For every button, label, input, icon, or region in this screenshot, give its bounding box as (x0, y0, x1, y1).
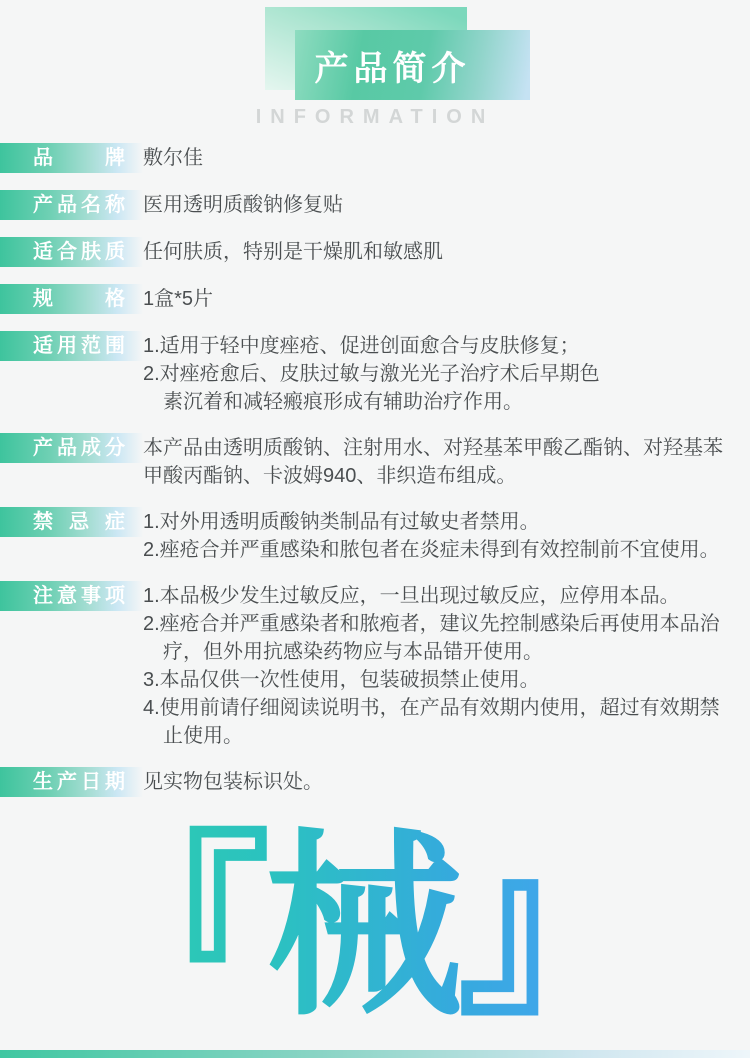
spec-label: 禁忌症 (33, 511, 125, 533)
spec-row-production-date: 生产日期 见实物包装标识处。 (0, 767, 750, 797)
spec-label: 适合肤质 (33, 241, 125, 263)
spec-value: 敷尔佳 (143, 143, 750, 172)
spec-label-badge: 适用范围 (0, 331, 143, 361)
spec-label: 规格 (33, 288, 125, 310)
spec-label-badge: 产品名称 (0, 190, 143, 220)
spec-value: 1.本品极少发生过敏反应，一旦出现过敏反应，应停用本品。 2.痤疮合并严重感染者… (143, 581, 750, 750)
spec-row-brand: 品牌 敷尔佳 (0, 143, 750, 173)
spec-value: 1盒*5片 (143, 284, 750, 313)
spec-value: 医用透明质酸钠修复贴 (143, 190, 750, 219)
spec-label: 品牌 (33, 147, 125, 169)
spec-label: 产品成分 (33, 437, 125, 459)
spec-value: 见实物包装标识处。 (143, 767, 750, 796)
header-subtitle: INFORMATION (0, 106, 750, 129)
spec-label: 适用范围 (33, 335, 125, 357)
spec-label-badge: 适合肤质 (0, 237, 143, 267)
spec-row-precautions: 注意事项 1.本品极少发生过敏反应，一旦出现过敏反应，应停用本品。 2.痤疮合并… (0, 581, 750, 750)
page-title: 产品简介 (315, 41, 471, 90)
product-info-page: 产品简介 INFORMATION 品牌 敷尔佳 产品名称 医用透明质酸钠修复贴 … (0, 0, 750, 1058)
spec-row-ingredients: 产品成分 本产品由透明质酸钠、注射用水、对羟基苯甲酸乙酯钠、对羟基苯 甲酸丙酯钠… (0, 433, 750, 490)
spec-row-contraindications: 禁忌症 1.对外用透明质酸钠类制品有过敏史者禁用。 2.痤疮合并严重感染和脓包者… (0, 507, 750, 564)
spec-value: 1.对外用透明质酸钠类制品有过敏史者禁用。 2.痤疮合并严重感染和脓包者在炎症未… (143, 507, 750, 564)
spec-label: 注意事项 (33, 585, 125, 607)
spec-label: 产品名称 (33, 194, 125, 216)
spec-label-badge: 产品成分 (0, 433, 143, 463)
spec-label-badge: 注意事项 (0, 581, 143, 611)
spec-row-specification: 规格 1盒*5片 (0, 284, 750, 314)
spec-row-scope-of-use: 适用范围 1.适用于轻中度痤疮、促进创面愈合与皮肤修复； 2.对痤疮愈后、皮肤过… (0, 331, 750, 416)
spec-label-badge: 品牌 (0, 143, 143, 173)
spec-row-product-name: 产品名称 医用透明质酸钠修复贴 (0, 190, 750, 220)
spec-list: 品牌 敷尔佳 产品名称 医用透明质酸钠修复贴 适合肤质 任何肤质，特别是干燥肌和… (0, 143, 750, 797)
spec-row-skin-type: 适合肤质 任何肤质，特别是干燥肌和敏感肌 (0, 237, 750, 267)
bottom-gradient-bar (0, 1050, 750, 1058)
spec-label: 生产日期 (33, 771, 125, 793)
title-banner: 产品简介 (295, 30, 530, 100)
spec-label-badge: 规格 (0, 284, 143, 314)
spec-value: 本产品由透明质酸钠、注射用水、对羟基苯甲酸乙酯钠、对羟基苯 甲酸丙酯钠、卡波姆9… (143, 433, 750, 490)
spec-label-badge: 生产日期 (0, 767, 143, 797)
spec-label-badge: 禁忌症 (0, 507, 143, 537)
spec-value: 任何肤质，特别是干燥肌和敏感肌 (143, 237, 750, 266)
medical-device-mark-graphic: 『械』 (0, 814, 736, 1042)
spec-value: 1.适用于轻中度痤疮、促进创面愈合与皮肤修复； 2.对痤疮愈后、皮肤过敏与激光光… (143, 331, 750, 416)
header: 产品简介 INFORMATION (0, 0, 750, 143)
